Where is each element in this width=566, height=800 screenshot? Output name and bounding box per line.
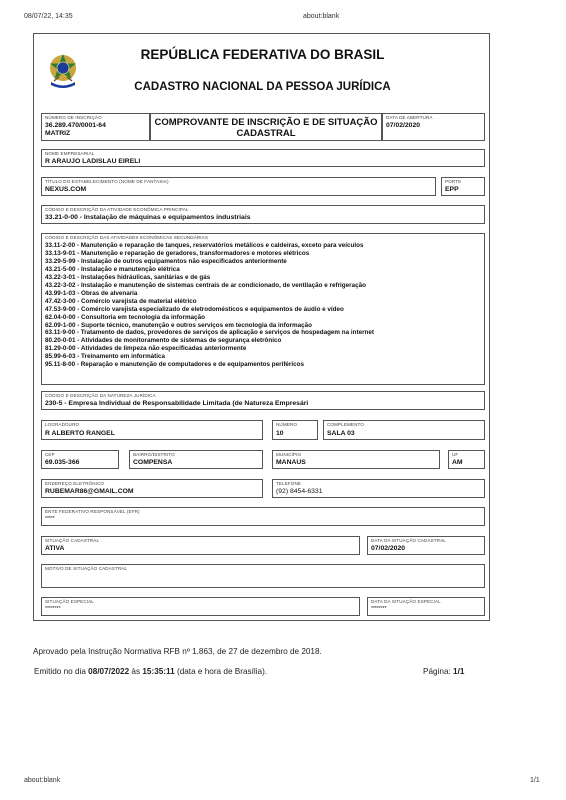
state-value: AM [452,459,463,466]
secondary-activities-label: CÓDIGO E DESCRIÇÃO DAS ATIVIDADES ECONÔM… [45,235,208,240]
status-reason-box: MOTIVO DE SITUAÇÃO CADASTRAL [41,564,485,588]
district-value: COMPENSA [133,459,172,466]
issued-time: 15:35:11 [142,667,174,676]
secondary-activity-item: 80.20-0-01 - Atividades de monitoramento… [45,337,374,345]
secondary-activity-item: 63.11-9-00 - Tratamento de dados, proved… [45,329,374,337]
number-label: NÚMERO [276,422,297,427]
street-label: LOGRADOURO [45,422,79,427]
status-date-value: 07/02/2020 [371,545,405,552]
zip-box: CEP 69.035-366 [41,450,119,469]
trade-name-box: TÍTULO DO ESTABELECIMENTO (NOME DE FANTA… [41,177,436,196]
email-label: ENDEREÇO ELETRÔNICO [45,481,104,486]
company-name-value: R ARAUJO LADISLAU EIRELI [45,158,140,165]
company-name-label: NOME EMPRESARIAL [45,151,94,156]
trade-name-value: NEXUS.COM [45,186,86,193]
opening-date-box: DATA DE ABERTURA 07/02/2020 [382,113,485,141]
opening-date-value: 07/02/2020 [386,122,420,129]
zip-label: CEP [45,452,55,457]
proof-title-line2: CADASTRAL [151,129,381,140]
registration-number-label: NÚMERO DE INSCRIÇÃO [45,115,102,120]
page-label: Página: [423,667,453,676]
legal-nature-label: CÓDIGO E DESCRIÇÃO DA NATUREZA JURÍDICA [45,393,156,398]
state-box: UF AM [448,450,485,469]
efr-value: ***** [45,516,55,522]
status-reason-label: MOTIVO DE SITUAÇÃO CADASTRAL [45,566,127,571]
status-label: SITUAÇÃO CADASTRAL [45,538,99,543]
state-label: UF [452,452,458,457]
special-status-date-box: DATA DA SITUAÇÃO ESPECIAL ******** [367,597,485,616]
opening-date-label: DATA DE ABERTURA [386,115,433,120]
print-page-count: 1/1 [530,777,540,784]
city-box: MUNICÍPIO MANAUS [272,450,440,469]
secondary-activity-item: 33.11-2-00 - Manutenção e reparação de t… [45,242,374,250]
efr-box: ENTE FEDERATIVO RESPONSÁVEL (EFR) ***** [41,507,485,526]
secondary-activities-list: 33.11-2-00 - Manutenção e reparação de t… [45,242,374,369]
secondary-activity-item: 43.21-5-00 - Instalação e manutenção elé… [45,266,374,274]
status-date-label: DATA DA SITUAÇÃO CADASTRAL [371,538,446,543]
phone-value: (92) 8454-6331 [276,488,322,495]
approval-note: Aprovado pela Instrução Normativa RFB nº… [33,647,322,656]
issued-date: 08/07/2022 [88,667,129,676]
secondary-activity-item: 47.53-9-00 - Comércio varejista especial… [45,306,374,314]
legal-nature-value: 230-5 - Empresa Individual de Responsabi… [45,400,308,407]
secondary-activity-item: 47.42-3-00 - Comércio varejista de mater… [45,298,374,306]
company-size-label: PORTE [445,179,461,184]
establishment-type: MATRIZ [45,130,70,137]
complement-label: COMPLEMENTO [327,422,364,427]
main-activity-label: CÓDIGO E DESCRIÇÃO DA ATIVIDADE ECONÔMIC… [45,207,189,212]
page-indicator: Página: 1/1 [423,667,464,676]
company-size-box: PORTE EPP [441,177,485,196]
efr-label: ENTE FEDERATIVO RESPONSÁVEL (EFR) [45,509,140,514]
special-status-date-value: ******** [371,606,387,612]
print-datetime: 08/07/22, 14:35 [24,13,73,20]
secondary-activities-box: CÓDIGO E DESCRIÇÃO DAS ATIVIDADES ECONÔM… [41,233,485,385]
company-name-box: NOME EMPRESARIAL R ARAUJO LADISLAU EIREL… [41,149,485,167]
zip-value: 69.035-366 [45,459,79,466]
email-value: RUBEMAR86@GMAIL.COM [45,488,134,495]
special-status-box: SITUAÇÃO ESPECIAL ******** [41,597,360,616]
complement-value: SALA 03 [327,430,355,437]
secondary-activity-item: 62.09-1-00 - Suporte técnico, manutenção… [45,322,374,330]
special-status-label: SITUAÇÃO ESPECIAL [45,599,94,604]
issued-mid: às [129,667,142,676]
secondary-activity-item: 95.11-8-00 - Reparação e manutenção de c… [45,361,374,369]
issued-suffix: (data e hora de Brasília). [175,667,267,676]
number-box: NÚMERO 10 [272,420,318,440]
secondary-activity-item: 43.22-3-02 - Instalação e manutenção de … [45,282,374,290]
district-label: BAIRRO/DISTRITO [133,452,175,457]
cnpj-value: 36.289.470/0001-64 [45,122,106,129]
special-status-value: ******** [45,606,61,612]
trade-name-label: TÍTULO DO ESTABELECIMENTO (NOME DE FANTA… [45,179,169,184]
registration-number-box: NÚMERO DE INSCRIÇÃO 36.289.470/0001-64 M… [41,113,150,141]
number-value: 10 [276,430,284,437]
legal-nature-box: CÓDIGO E DESCRIÇÃO DA NATUREZA JURÍDICA … [41,391,485,410]
secondary-activity-item: 33.13-9-01 - Manutenção e reparação de g… [45,250,374,258]
document-subtitle: CADASTRO NACIONAL DA PESSOA JURÍDICA [34,81,491,93]
district-box: BAIRRO/DISTRITO COMPENSA [129,450,263,469]
phone-label: TELEFONE [276,481,301,486]
print-url: about:blank [24,777,60,784]
secondary-activity-item: 85.99-6-03 - Treinamento em informática [45,353,374,361]
proof-title-line1: COMPROVANTE DE INSCRIÇÃO E DE SITUAÇÃO [151,118,381,129]
secondary-activity-item: 62.04-0-00 - Consultoria em tecnologia d… [45,314,374,322]
issued-prefix: Emitido no dia [34,667,88,676]
status-value: ATIVA [45,545,64,552]
secondary-activity-item: 81.29-0-00 - Atividades de limpeza não e… [45,345,374,353]
secondary-activity-item: 33.29-5-99 - Instalação de outros equipa… [45,258,374,266]
issued-note: Emitido no dia 08/07/2022 às 15:35:11 (d… [34,667,267,676]
page-value: 1/1 [453,667,464,676]
street-value: R ALBERTO RANGEL [45,430,115,437]
phone-box: TELEFONE (92) 8454-6331 [272,479,485,498]
street-box: LOGRADOURO R ALBERTO RANGEL [41,420,263,440]
secondary-activity-item: 43.99-1-03 - Obras de alvenaria [45,290,374,298]
email-box: ENDEREÇO ELETRÔNICO RUBEMAR86@GMAIL.COM [41,479,263,498]
status-date-box: DATA DA SITUAÇÃO CADASTRAL 07/02/2020 [367,536,485,555]
secondary-activity-item: 43.22-3-01 - Instalações hidráulicas, sa… [45,274,374,282]
special-status-date-label: DATA DA SITUAÇÃO ESPECIAL [371,599,441,604]
cnpj-document: REPÚBLICA FEDERATIVA DO BRASIL CADASTRO … [33,33,490,621]
city-value: MANAUS [276,459,306,466]
complement-box: COMPLEMENTO SALA 03 [323,420,485,440]
status-box: SITUAÇÃO CADASTRAL ATIVA [41,536,360,555]
city-label: MUNICÍPIO [276,452,301,457]
main-activity-value: 33.21-0-00 - Instalação de máquinas e eq… [45,214,251,221]
document-title: REPÚBLICA FEDERATIVA DO BRASIL [34,47,491,62]
company-size-value: EPP [445,186,459,193]
proof-title-box: COMPROVANTE DE INSCRIÇÃO E DE SITUAÇÃO C… [150,113,382,141]
main-activity-box: CÓDIGO E DESCRIÇÃO DA ATIVIDADE ECONÔMIC… [41,205,485,224]
print-page-title: about:blank [303,13,339,20]
